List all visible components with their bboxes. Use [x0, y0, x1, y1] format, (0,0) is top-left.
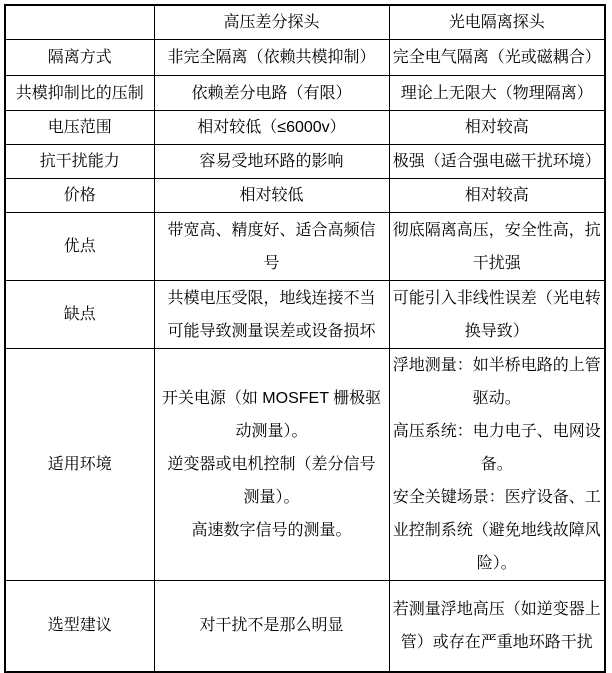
row-label-applications: 适用环境	[5, 349, 154, 581]
table-row-voltage-range: 电压范围 相对较低（≤6000v） 相对较高	[5, 111, 605, 145]
applications-optical-paragraph: 安全关键场景：医疗设备、工业控制系统（避免地线故障风险）。	[393, 481, 602, 580]
row-label-selection-advice: 选型建议	[5, 581, 154, 672]
applications-optical-paragraph: 浮地测量：如半桥电路的上管驱动。	[393, 349, 602, 415]
cell-noise-optical: 极强（适合强电磁干扰环境）	[389, 145, 605, 179]
row-label-disadvantages: 缺点	[5, 281, 154, 349]
cell-voltage-optical: 相对较高	[389, 111, 605, 145]
cell-selection-optical: 若测量浮地高压（如逆变器上管）或存在严重地环路干扰	[389, 581, 605, 672]
cell-isolation-optical: 完全电气隔离（光或磁耦合）	[389, 40, 605, 76]
cell-cmrr-optical: 理论上无限大（物理隔离）	[389, 76, 605, 111]
row-label-isolation-method: 隔离方式	[5, 40, 154, 76]
table-row-applications: 适用环境 开关电源（如 MOSFET 栅极驱动测量）。 逆变器或电机控制（差分信…	[5, 349, 605, 581]
row-label-cmrr: 共模抑制比的压制	[5, 76, 154, 111]
cell-price-optical: 相对较高	[389, 179, 605, 213]
cell-advantages-differential: 带宽高、精度好、适合高频信号	[154, 213, 389, 281]
cell-applications-differential: 开关电源（如 MOSFET 栅极驱动测量）。 逆变器或电机控制（差分信号测量）。…	[154, 349, 389, 581]
cell-isolation-differential: 非完全隔离（依赖共模抑制）	[154, 40, 389, 76]
cell-disadvantages-differential: 共模电压受限，地线连接不当可能导致测量误差或设备损坏	[154, 281, 389, 349]
header-optical-probe: 光电隔离探头	[389, 5, 605, 40]
cell-disadvantages-optical: 可能引入非线性误差（光电转换导致）	[389, 281, 605, 349]
header-differential-probe: 高压差分探头	[154, 5, 389, 40]
cell-price-differential: 相对较低	[154, 179, 389, 213]
applications-differential-paragraph: 高速数字信号的测量。	[161, 514, 383, 547]
applications-differential-paragraph: 逆变器或电机控制（差分信号测量）。	[161, 448, 383, 514]
applications-optical-paragraph: 高压系统：电力电子、电网设备。	[393, 415, 602, 481]
cell-selection-differential: 对干扰不是那么明显	[154, 581, 389, 672]
table-row-selection-advice: 选型建议 对干扰不是那么明显 若测量浮地高压（如逆变器上管）或存在严重地环路干扰	[5, 581, 605, 672]
header-empty-cell	[5, 5, 154, 40]
cell-noise-differential: 容易受地环路的影响	[154, 145, 389, 179]
table-row-isolation-method: 隔离方式 非完全隔离（依赖共模抑制） 完全电气隔离（光或磁耦合）	[5, 40, 605, 76]
table-row-noise-immunity: 抗干扰能力 容易受地环路的影响 极强（适合强电磁干扰环境）	[5, 145, 605, 179]
table-row-cmrr: 共模抑制比的压制 依赖差分电路（有限） 理论上无限大（物理隔离）	[5, 76, 605, 111]
probe-comparison-table: 高压差分探头 光电隔离探头 隔离方式 非完全隔离（依赖共模抑制） 完全电气隔离（…	[4, 4, 606, 673]
cell-advantages-optical: 彻底隔离高压，安全性高，抗干扰强	[389, 213, 605, 281]
cell-applications-optical: 浮地测量：如半桥电路的上管驱动。 高压系统：电力电子、电网设备。 安全关键场景：…	[389, 349, 605, 581]
row-label-noise-immunity: 抗干扰能力	[5, 145, 154, 179]
table-row-disadvantages: 缺点 共模电压受限，地线连接不当可能导致测量误差或设备损坏 可能引入非线性误差（…	[5, 281, 605, 349]
row-label-voltage-range: 电压范围	[5, 111, 154, 145]
table-row-advantages: 优点 带宽高、精度好、适合高频信号 彻底隔离高压，安全性高，抗干扰强	[5, 213, 605, 281]
table-row-price: 价格 相对较低 相对较高	[5, 179, 605, 213]
row-label-advantages: 优点	[5, 213, 154, 281]
document-page: 高压差分探头 光电隔离探头 隔离方式 非完全隔离（依赖共模抑制） 完全电气隔离（…	[0, 0, 612, 666]
cell-cmrr-differential: 依赖差分电路（有限）	[154, 76, 389, 111]
row-label-price: 价格	[5, 179, 154, 213]
applications-differential-paragraph: 开关电源（如 MOSFET 栅极驱动测量）。	[161, 382, 383, 448]
table-header-row: 高压差分探头 光电隔离探头	[5, 5, 605, 40]
cell-voltage-differential: 相对较低（≤6000v）	[154, 111, 389, 145]
